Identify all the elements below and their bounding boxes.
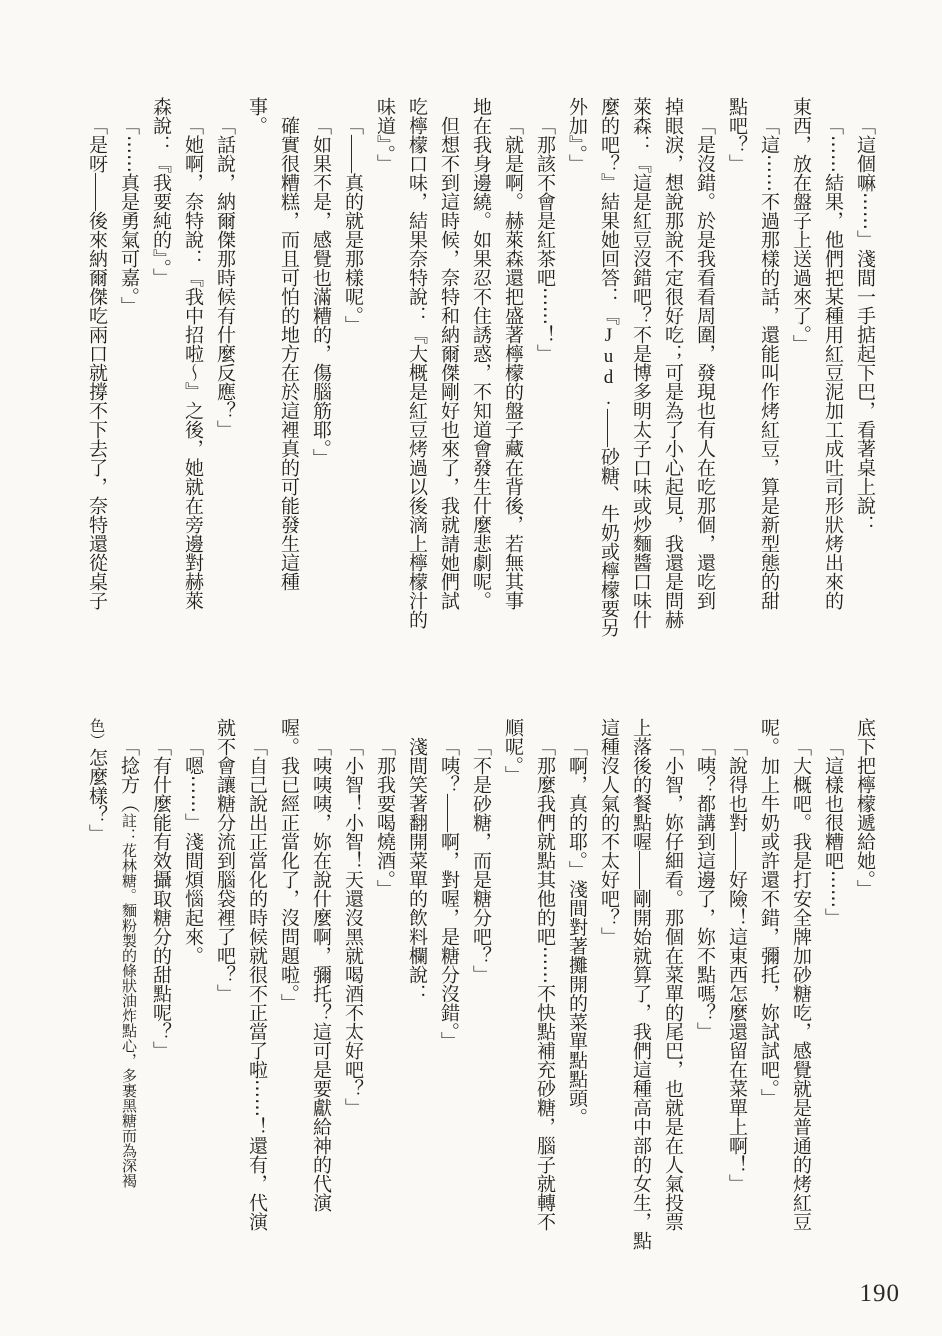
- text-column: 「這樣也很糟吧⋯⋯」: [816, 718, 848, 1260]
- text-column: 「咦？——啊，對喔，是糖分沒錯。」: [432, 718, 464, 1260]
- text-column: 這種沒人氣的不太好吧？」: [592, 718, 624, 1260]
- body-text: 事。: [246, 97, 267, 135]
- page-number: 190: [860, 1280, 901, 1308]
- annotation-text: 註：花林糖。麵粉製的條狀油炸點心，多裹黑糖而為深褐: [120, 813, 136, 1188]
- body-text: 「咦？都講到這邊了，妳不點嗎？」: [694, 737, 715, 1041]
- text-column: 「小智，妳仔細看。那個在菜單的尾巴，也就是在人氣投票: [656, 718, 688, 1260]
- text-column: 「這個嘛⋯⋯」淺間一手掂起下巴，看著桌上說：: [848, 97, 880, 637]
- body-text: Jud.: [598, 325, 619, 409]
- body-text: 「如果不是，感覺也滿糟的，傷腦筋耶。」: [310, 116, 331, 468]
- text-column: 「⋯⋯結果，他們把某種用紅豆泥加工成吐司形狀烤出來的: [816, 97, 848, 637]
- body-text: 確實很糟糕，而且可怕的地方在於這裡真的可能發生這種: [278, 116, 299, 591]
- body-text: 淺間笑著翻開菜單的飲料欄說：: [406, 737, 427, 1003]
- body-text: 底下把檸檬遞給她。」: [854, 718, 875, 899]
- text-column: 「——真的就是那樣呢。」: [336, 97, 368, 637]
- body-text: 就不會讓糖分流到腦袋裡了吧？」: [214, 718, 235, 1003]
- body-text: 「嗯⋯⋯」淺間煩惱起來。: [182, 737, 203, 965]
- text-column: 「自己說出正當化的時候就很不正當了啦⋯⋯！還有，代演: [240, 718, 272, 1260]
- text-column: 掉眼淚，想說那說不定很好吃；可是為了小心起見，我還是問赫: [656, 97, 688, 637]
- body-text: 萊森：『這是紅豆沒錯吧？不是博多明太子口味或炒麵醬口味什: [630, 97, 651, 629]
- body-text: 「話說，納爾傑那時候有什麼反應？」: [214, 116, 235, 439]
- body-text: 「那我要喝燒酒。」: [374, 737, 395, 899]
- body-text: 怎麼樣？」: [86, 748, 107, 843]
- text-block-top: 「這個嘛⋯⋯」淺間一手掂起下巴，看著桌上說：「⋯⋯結果，他們把某種用紅豆泥加工成…: [80, 97, 880, 637]
- text-column: 呢。加上牛奶或許還不錯，彌托，妳試試吧。」: [752, 718, 784, 1260]
- body-text: 掉眼淚，想說那說不定很好吃；可是為了小心起見，我還是問赫: [662, 97, 683, 629]
- text-column: 「她啊，奈特說：『我中招啦～』之後，她就在旁邊對赫萊: [176, 97, 208, 637]
- text-column: 「那該不會是紅茶吧⋯⋯！」: [528, 97, 560, 637]
- body-text: 「說得也對——好險！這東西怎麼還留在菜單上啊！」: [726, 737, 747, 1193]
- text-column: 味道』。」: [368, 97, 400, 637]
- text-block-bottom: 底下把檸檬遞給她。」「這樣也很糟吧⋯⋯」「大概吧。我是打安全牌加砂糖吃，感覺就是…: [80, 718, 880, 1260]
- body-text: ——砂糖、牛奶或檸檬要另: [598, 409, 619, 637]
- body-text: 但想不到這時候，奈特和納爾傑剛好也來了，我就請她們試: [438, 116, 459, 610]
- text-column: 順呢。」: [496, 718, 528, 1260]
- body-text: 吃檸檬口味，結果奈特說：『大概是紅豆烤過以後滴上檸檬汁的: [406, 97, 427, 629]
- text-column: 吃檸檬口味，結果奈特說：『大概是紅豆烤過以後滴上檸檬汁的: [400, 97, 432, 637]
- text-column: 萊森：『這是紅豆沒錯吧？不是博多明太子口味或炒麵醬口味什: [624, 97, 656, 637]
- body-text: 「小智！小智！天還沒黑就喝酒不太好吧？」: [342, 737, 363, 1117]
- text-column: 森說：『我要純的』。」: [144, 97, 176, 637]
- text-column: 上落後的餐點喔——剛開始就算了，我們這種高中部的女生，點: [624, 718, 656, 1260]
- body-text: 「這⋯⋯不過那樣的話，還能叫作烤紅豆，算是新型態的甜: [758, 116, 779, 610]
- body-text: 「咦咦咦，妳在說什麼啊，彌托？這可是要獻給神的代演: [310, 737, 331, 1212]
- text-column: 「這⋯⋯不過那樣的話，還能叫作烤紅豆，算是新型態的甜: [752, 97, 784, 637]
- body-text: 「那麼我們就點其他的吧⋯⋯不快點補充砂糖，腦子就轉不: [534, 737, 555, 1231]
- body-text: 「自己說出正當化的時候就很不正當了啦⋯⋯！還有，代演: [246, 737, 267, 1231]
- text-column: 「小智！小智！天還沒黑就喝酒不太好吧？」: [336, 718, 368, 1260]
- text-column: 就不會讓糖分流到腦袋裡了吧？」: [208, 718, 240, 1260]
- body-text: 「就是啊。赫萊森還把盛著檸檬的盤子藏在背後，若無其事: [502, 116, 523, 610]
- body-text: 外加』。」: [566, 97, 587, 173]
- text-column: 「捻方（註：花林糖。麵粉製的條狀油炸點心，多裹黑糖而為深褐: [112, 718, 144, 1260]
- body-text: 點吧？」: [726, 97, 747, 173]
- body-text: 地在我身邊繞。如果忍不住誘惑，不知道會發生什麼悲劇呢。: [470, 97, 491, 610]
- body-text: 「大概吧。我是打安全牌加砂糖吃，感覺就是普通的烤紅豆: [790, 737, 811, 1231]
- text-column: 地在我身邊繞。如果忍不住誘惑，不知道會發生什麼悲劇呢。: [464, 97, 496, 637]
- text-column: 麼的吧？』結果她回答：『Jud.——砂糖、牛奶或檸檬要另: [592, 97, 624, 637]
- text-column: 色）怎麼樣？」: [80, 718, 112, 1260]
- text-column: 底下把檸檬遞給她。」: [848, 718, 880, 1260]
- text-column: 「那我要喝燒酒。」: [368, 718, 400, 1260]
- text-column: 確實很糟糕，而且可怕的地方在於這裡真的可能發生這種: [272, 97, 304, 637]
- text-column: 「不是砂糖，而是糖分吧？」: [464, 718, 496, 1260]
- body-text: 上落後的餐點喔——剛開始就算了，我們這種高中部的女生，點: [630, 718, 651, 1250]
- text-column: 喔。我已經正當化了，沒問題啦。」: [272, 718, 304, 1260]
- text-column: 但想不到這時候，奈特和納爾傑剛好也來了，我就請她們試: [432, 97, 464, 637]
- body-text: 「⋯⋯真是勇氣可嘉。」: [118, 116, 139, 316]
- body-text: 「——真的就是那樣呢。」: [342, 116, 363, 335]
- body-text: 「是沒錯。於是我看看周圍，發現也有人在吃那個，還吃到: [694, 116, 715, 610]
- text-column: 「話說，納爾傑那時候有什麼反應？」: [208, 97, 240, 637]
- body-text: 這種沒人氣的不太好吧？」: [598, 718, 619, 946]
- body-text: 「咦？——啊，對喔，是糖分沒錯。」: [438, 737, 459, 1051]
- text-column: 「咦？都講到這邊了，妳不點嗎？」: [688, 718, 720, 1260]
- text-column: 事。: [240, 97, 272, 637]
- text-column: 「那麼我們就點其他的吧⋯⋯不快點補充砂糖，腦子就轉不: [528, 718, 560, 1260]
- text-column: 東西，放在盤子上送過來了。」: [784, 97, 816, 637]
- body-text: 喔。我已經正當化了，沒問題啦。」: [278, 718, 299, 1013]
- body-text: 「這個嘛⋯⋯」淺間一手掂起下巴，看著桌上說：: [854, 116, 875, 534]
- text-column: 點吧？」: [720, 97, 752, 637]
- text-column: 「說得也對——好險！這東西怎麼還留在菜單上啊！」: [720, 718, 752, 1260]
- text-column: 「是沒錯。於是我看看周圍，發現也有人在吃那個，還吃到: [688, 97, 720, 637]
- text-column: 「嗯⋯⋯」淺間煩惱起來。: [176, 718, 208, 1260]
- body-text: 味道』。」: [374, 97, 395, 173]
- text-column: 淺間笑著翻開菜單的飲料欄說：: [400, 718, 432, 1260]
- text-column: 「就是啊。赫萊森還把盛著檸檬的盤子藏在背後，若無其事: [496, 97, 528, 637]
- body-text: 「不是砂糖，而是糖分吧？」: [470, 737, 491, 984]
- body-text: 東西，放在盤子上送過來了。」: [790, 97, 811, 354]
- body-text: 「那該不會是紅茶吧⋯⋯！」: [534, 116, 555, 363]
- body-text: 順呢。」: [502, 718, 523, 785]
- body-text: 「是呀——後來納爾傑吃兩口就撐不下去了，奈特還從桌子: [86, 116, 107, 610]
- body-text: 呢。加上牛奶或許還不錯，彌托，妳試試吧。」: [758, 718, 779, 1108]
- body-text: 「⋯⋯結果，他們把某種用紅豆泥加工成吐司形狀烤出來的: [822, 116, 843, 610]
- body-text: 「這樣也很糟吧⋯⋯」: [822, 737, 843, 927]
- book-page: 「這個嘛⋯⋯」淺間一手掂起下巴，看著桌上說：「⋯⋯結果，他們把某種用紅豆泥加工成…: [0, 0, 942, 1336]
- text-column: 「有什麼能有效攝取糖分的甜點呢？」: [144, 718, 176, 1260]
- text-column: 「如果不是，感覺也滿糟的，傷腦筋耶。」: [304, 97, 336, 637]
- text-column: 外加』。」: [560, 97, 592, 637]
- body-text: 「有什麼能有效攝取糖分的甜點呢？」: [150, 737, 171, 1060]
- text-column: 「啊，真的耶。」淺間對著攤開的菜單點點頭。: [560, 718, 592, 1260]
- body-text: 「小智，妳仔細看。那個在菜單的尾巴，也就是在人氣投票: [662, 737, 683, 1231]
- text-column: 「⋯⋯真是勇氣可嘉。」: [112, 97, 144, 637]
- body-text: 森說：『我要純的』。」: [150, 97, 171, 287]
- text-column: 「是呀——後來納爾傑吃兩口就撐不下去了，奈特還從桌子: [80, 97, 112, 637]
- body-text: 麼的吧？』結果她回答：『: [598, 97, 619, 325]
- body-text: 「啊，真的耶。」淺間對著攤開的菜單點點頭。: [566, 737, 587, 1127]
- body-text: 「捻方（: [118, 737, 139, 813]
- text-column: 「咦咦咦，妳在說什麼啊，彌托？這可是要獻給神的代演: [304, 718, 336, 1260]
- text-column: 「大概吧。我是打安全牌加砂糖吃，感覺就是普通的烤紅豆: [784, 718, 816, 1260]
- body-text: 「她啊，奈特說：『我中招啦～』之後，她就在旁邊對赫萊: [182, 116, 203, 610]
- annotation-text: 色）: [88, 718, 104, 748]
